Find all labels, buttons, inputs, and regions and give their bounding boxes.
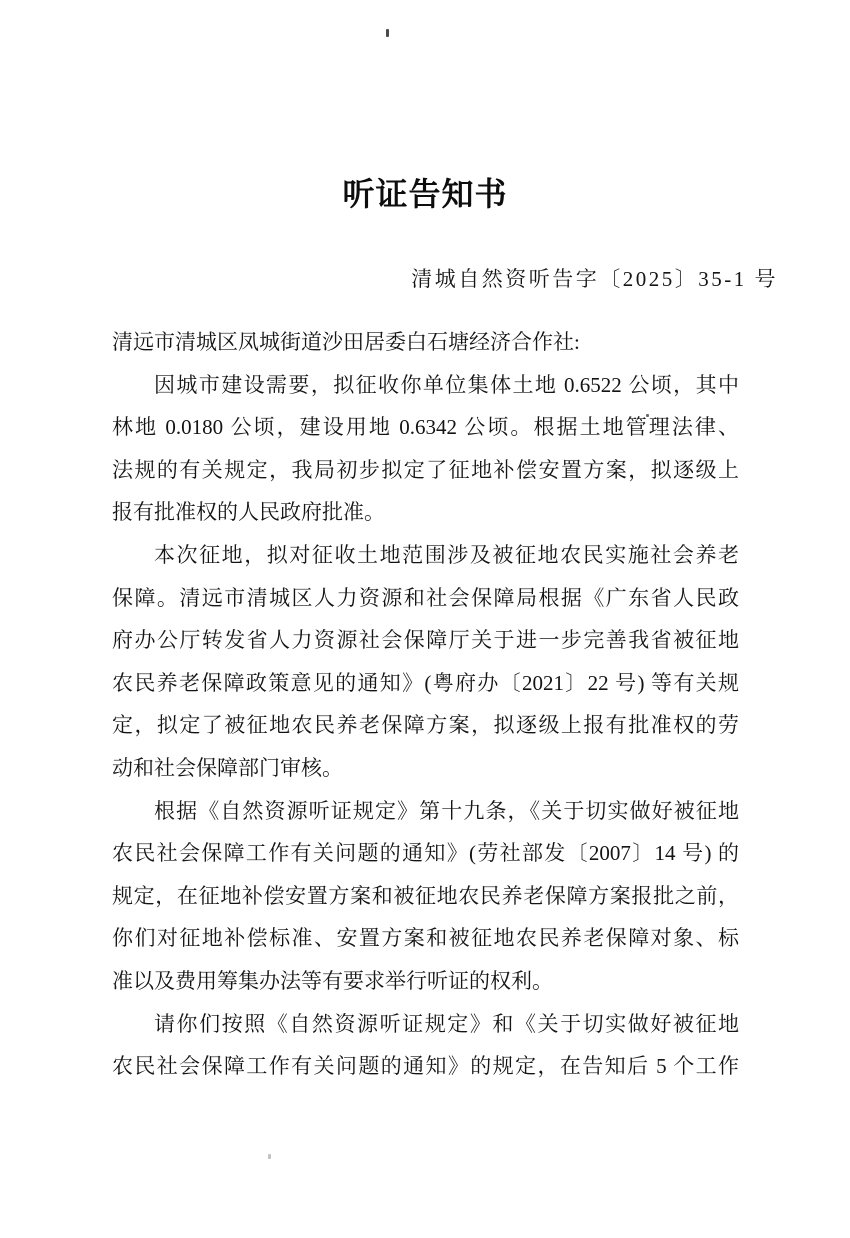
body-line: 因城市建设需要，拟征收你单位集体土地 0.6522 公顷，其中 [112,364,739,407]
body-line: 农民社会保障工作有关问题的通知》的规定，在告知后 5 个工作 [112,1045,739,1088]
body-line: 根据《自然资源听证规定》第十九条，《关于切实做好被征地 [112,790,739,833]
body-line: 保障。清远市清城区人力资源和社会保障局根据《广东省人民政 [112,577,739,620]
body-line: 林地 0.0180 公顷，建设用地 0.6342 公顷。根据土地管理法律、 [112,406,739,449]
document-body: 清远市清城区凤城街道沙田居委白石塘经济合作社: 因城市建设需要，拟征收你单位集体… [112,321,739,1088]
document-title: 听证告知书 [0,174,850,214]
body-line: 请你们按照《自然资源听证规定》和《关于切实做好被征地 [112,1003,739,1046]
body-line: 本次征地，拟对征收土地范围涉及被征地农民实施社会养老 [112,534,739,577]
body-line: 农民养老保障政策意见的通知》(粤府办〔2021〕22 号) 等有关规 [112,662,739,705]
scan-speck [386,29,389,37]
body-line: 农民社会保障工作有关问题的通知》(劳社部发〔2007〕14 号) 的 [112,832,739,875]
scan-speck [268,1154,271,1159]
body-line: 规定，在征地补偿安置方案和被征地农民养老保障方案报批之前， [112,875,739,918]
reference-number: 清城自然资听告字〔2025〕35-1 号 [411,262,778,296]
body-line: 法规的有关规定，我局初步拟定了征地补偿安置方案，拟逐级上 [112,449,739,492]
document-body-lines: 因城市建设需要，拟征收你单位集体土地 0.6522 公顷，其中林地 0.0180… [112,364,739,1088]
document-page: 听证告知书 清城自然资听告字〔2025〕35-1 号 清远市清城区凤城街道沙田居… [0,0,850,1238]
salutation-line: 清远市清城区凤城街道沙田居委白石塘经济合作社: [112,321,739,364]
body-line: 动和社会保障部门审核。 [112,747,739,790]
body-line: 准以及费用筹集办法等有要求举行听证的权利。 [112,960,739,1003]
body-line: 定，拟定了被征地农民养老保障方案，拟逐级上报有批准权的劳 [112,704,739,747]
body-line: 你们对征地补偿标准、安置方案和被征地农民养老保障对象、标 [112,917,739,960]
body-line: 府办公厅转发省人力资源社会保障厅关于进一步完善我省被征地 [112,619,739,662]
body-line: 报有批准权的人民政府批准。 [112,491,739,534]
